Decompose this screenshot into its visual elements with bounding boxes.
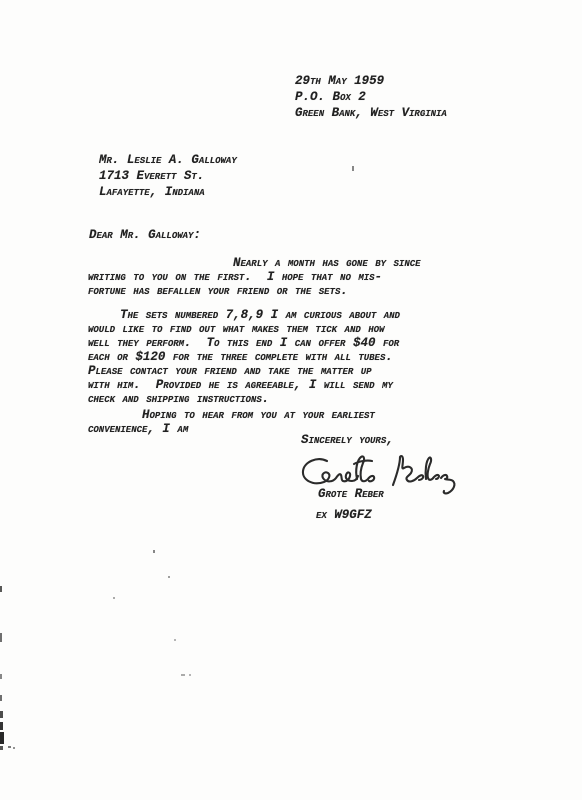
typed-signature-name: Grote Reber (318, 487, 384, 501)
salutation: Dear Mr. Galloway: (89, 228, 201, 242)
scan-artifact (0, 674, 2, 679)
body-line: well they perform. To this end I can off… (88, 336, 400, 350)
scan-artifact (174, 639, 176, 641)
scan-artifact (0, 746, 3, 750)
scan-artifact (8, 746, 11, 748)
letter-page: 29th May 1959 P.O. Box 2 Green Bank, Wes… (0, 0, 582, 800)
paragraph-1: Nearly a month has gone by since writing… (88, 256, 421, 298)
body-line: writing to you on the first. I hope that… (88, 270, 421, 284)
scan-artifact (153, 550, 155, 553)
body-line: Hoping to hear from you at your earliest (88, 408, 375, 422)
scan-artifact (168, 576, 170, 578)
scan-artifact (0, 586, 2, 592)
body-line: each or $120 for the three complete with… (88, 350, 400, 364)
scan-artifact (181, 674, 185, 676)
city-line: Green Bank, West Virginia (295, 105, 447, 121)
scan-artifact (0, 695, 2, 701)
body-line: would like to find out what makes them t… (88, 322, 400, 336)
scan-artifact (0, 711, 3, 718)
closing-line: Sincerely yours, (301, 433, 394, 447)
date-line: 29th May 1959 (295, 73, 447, 89)
date-block: 29th May 1959 P.O. Box 2 Green Bank, Wes… (295, 73, 447, 121)
body-line: check and shipping instructions. (88, 392, 400, 406)
recipient-name: Mr. Leslie A. Galloway (99, 152, 237, 168)
scan-artifact (13, 747, 15, 749)
recipient-street: 1713 Everett St. (99, 168, 237, 184)
callsign-line: ex W9GFZ (316, 508, 372, 522)
paragraph-2: The sets numbered 7,8,9 I am curious abo… (88, 308, 400, 406)
body-line: Nearly a month has gone by since (88, 256, 421, 270)
body-line: fortune has befallen your friend or the … (88, 284, 421, 298)
scan-artifact (352, 166, 354, 171)
scan-artifact (189, 674, 191, 676)
recipient-block: Mr. Leslie A. Galloway 1713 Everett St. … (99, 152, 237, 200)
scan-artifact (113, 597, 115, 599)
scan-artifact (0, 722, 3, 730)
body-line: with him. Provided he is agreeable, I wi… (88, 378, 400, 392)
body-line: Please contact your friend and take the … (88, 364, 400, 378)
paragraph-3: Hoping to hear from you at your earliest… (88, 408, 375, 436)
scan-artifact (0, 633, 2, 642)
recipient-city: Lafayette, Indiana (99, 184, 237, 200)
po-box-line: P.O. Box 2 (295, 89, 447, 105)
scan-artifact (0, 732, 4, 744)
body-line: The sets numbered 7,8,9 I am curious abo… (88, 308, 400, 322)
